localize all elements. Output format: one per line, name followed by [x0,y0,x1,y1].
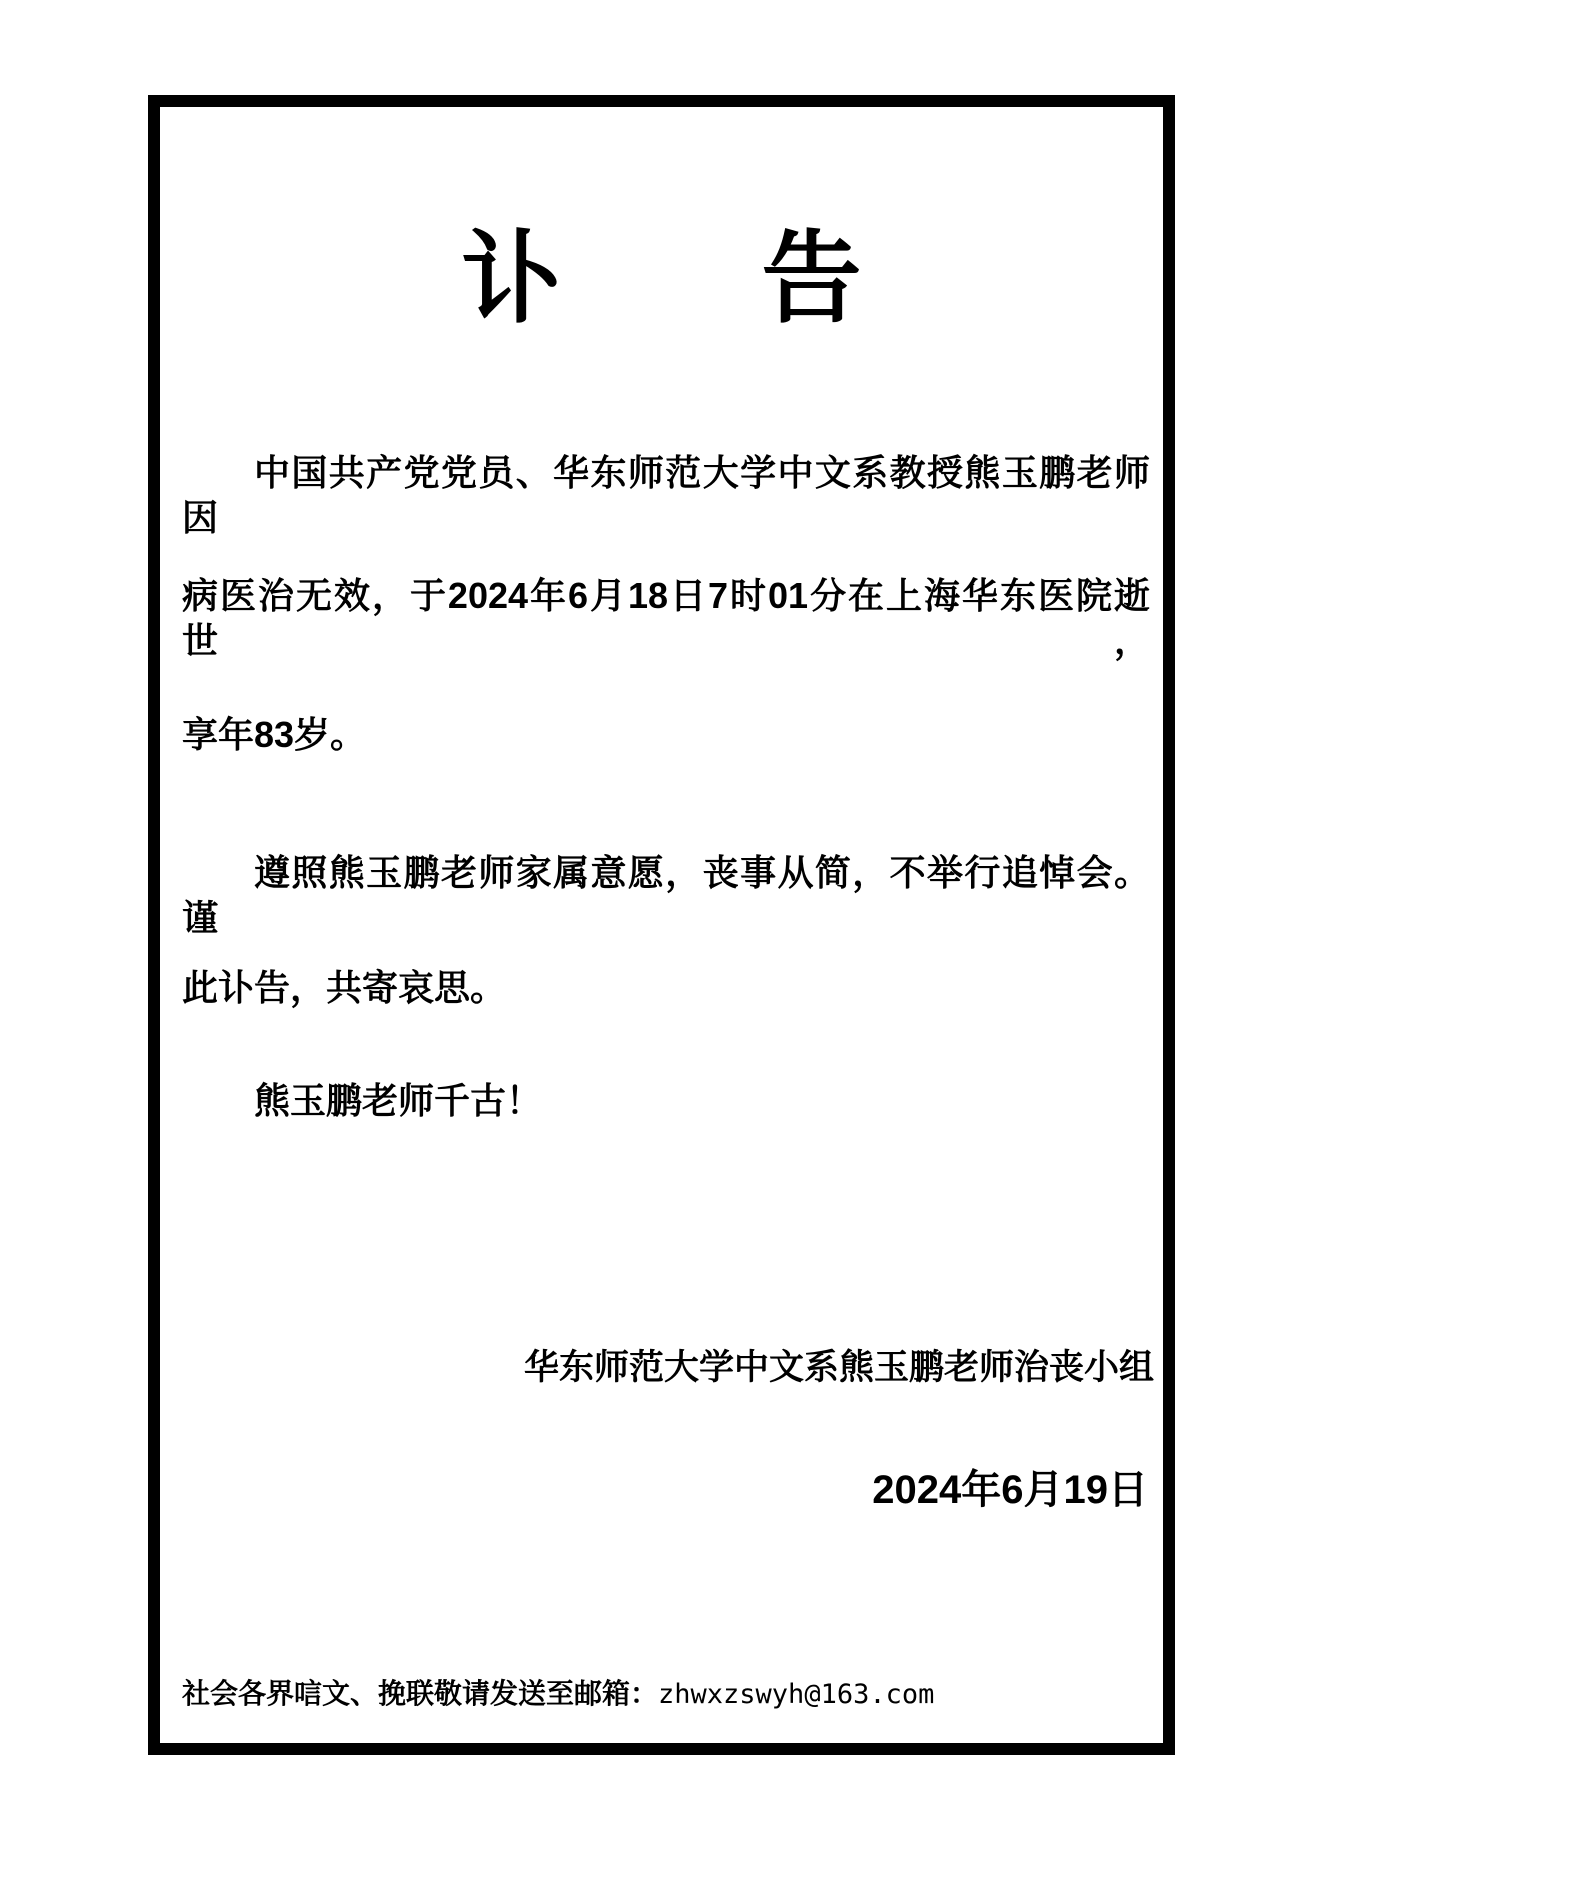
body-line-1: 中国共产党党员、华东师范大学中文系教授熊玉鹏老师因 [182,450,1150,540]
body-line-5: 此讣告，共寄哀思。 [182,965,1150,1010]
body-line-4: 遵照熊玉鹏老师家属意愿，丧事从简，不举行追悼会。谨 [182,850,1150,940]
footer-label: 社会各界唁文、挽联敬请发送至邮箱： [182,1679,658,1710]
body-line-2: 病医治无效，于2024年6月18日7时01分在上海华东医院逝世， [182,573,1150,663]
footer-note: 社会各界唁文、挽联敬请发送至邮箱：zhwxzswyh@163.com [182,1672,934,1712]
body-line-6: 熊玉鹏老师千古！ [254,1078,542,1123]
obituary-page: 讣 告 中国共产党党员、华东师范大学中文系教授熊玉鹏老师因 病医治无效，于202… [0,0,1588,1888]
signature-line: 华东师范大学中文系熊玉鹏老师治丧小组 [182,1340,1154,1390]
body-line-3: 享年83岁。 [182,712,1150,757]
date-line: 2024年6月19日 [182,1458,1148,1515]
document-title: 讣 告 [160,222,1163,337]
footer-email: zhwxzswyh@163.com [658,1679,934,1710]
